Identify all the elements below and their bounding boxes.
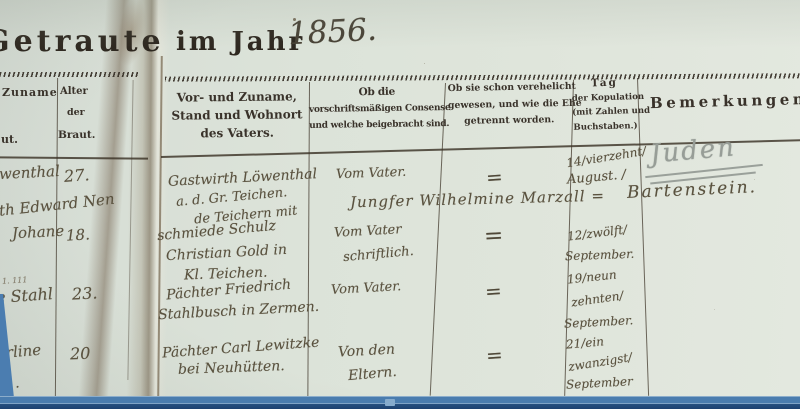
bride-age: 18. — [66, 225, 91, 244]
toolbar-handle-icon[interactable] — [385, 399, 395, 406]
bride-age: 23. — [72, 283, 98, 303]
ornament-rule-left — [0, 72, 140, 77]
register-scan: Getraute im Jahr 1856. Zuname ut. Alter … — [0, 0, 800, 409]
column-header-zuname: Zuname — [2, 86, 58, 99]
column-header-zuname-fragment: ut. — [1, 133, 18, 146]
bride-age: 27. — [63, 165, 90, 186]
bride-name-fragment: Johane — [12, 222, 65, 243]
bride-name-fragment: e Stahl — [0, 284, 53, 307]
ditto-mark: = — [485, 164, 503, 189]
column-header-alter-2: der — [67, 107, 85, 118]
column-header-day: Tag der Kopulation (mit Zahlen und Buchs… — [571, 75, 638, 135]
wedding-day-line: September. — [565, 247, 635, 263]
year-handwritten: 1856. — [287, 12, 378, 53]
column-header-alter-1: Alter — [60, 86, 88, 97]
ditto-mark: = — [483, 223, 504, 250]
bottom-toolbar — [0, 396, 800, 409]
column-header-remarks: Bemerkungen. — [650, 90, 800, 112]
ditto-mark: = — [484, 278, 502, 303]
column-header-consense: Ob die vorschriftsmäßigen Consense und w… — [309, 83, 446, 134]
page-title-getraute: Getraute — [0, 24, 165, 59]
column-header-alter-3: Braut. — [58, 129, 95, 141]
bride-age: 20 — [70, 344, 91, 364]
consent-entry: Von den — [338, 342, 396, 361]
consent-entry: Vom Vater. — [336, 165, 407, 182]
column-header-father: Vor- und Zuname, Stand und Wohnort des V… — [166, 87, 309, 142]
bride-name-faint-numbers: 1. 111 — [2, 275, 28, 286]
column-header-married-before: Ob sie schon verehelicht gewesen, und wi… — [448, 79, 571, 131]
ditto-mark: = — [485, 342, 503, 367]
page-title-im-jahr: im Jahr — [176, 27, 305, 57]
